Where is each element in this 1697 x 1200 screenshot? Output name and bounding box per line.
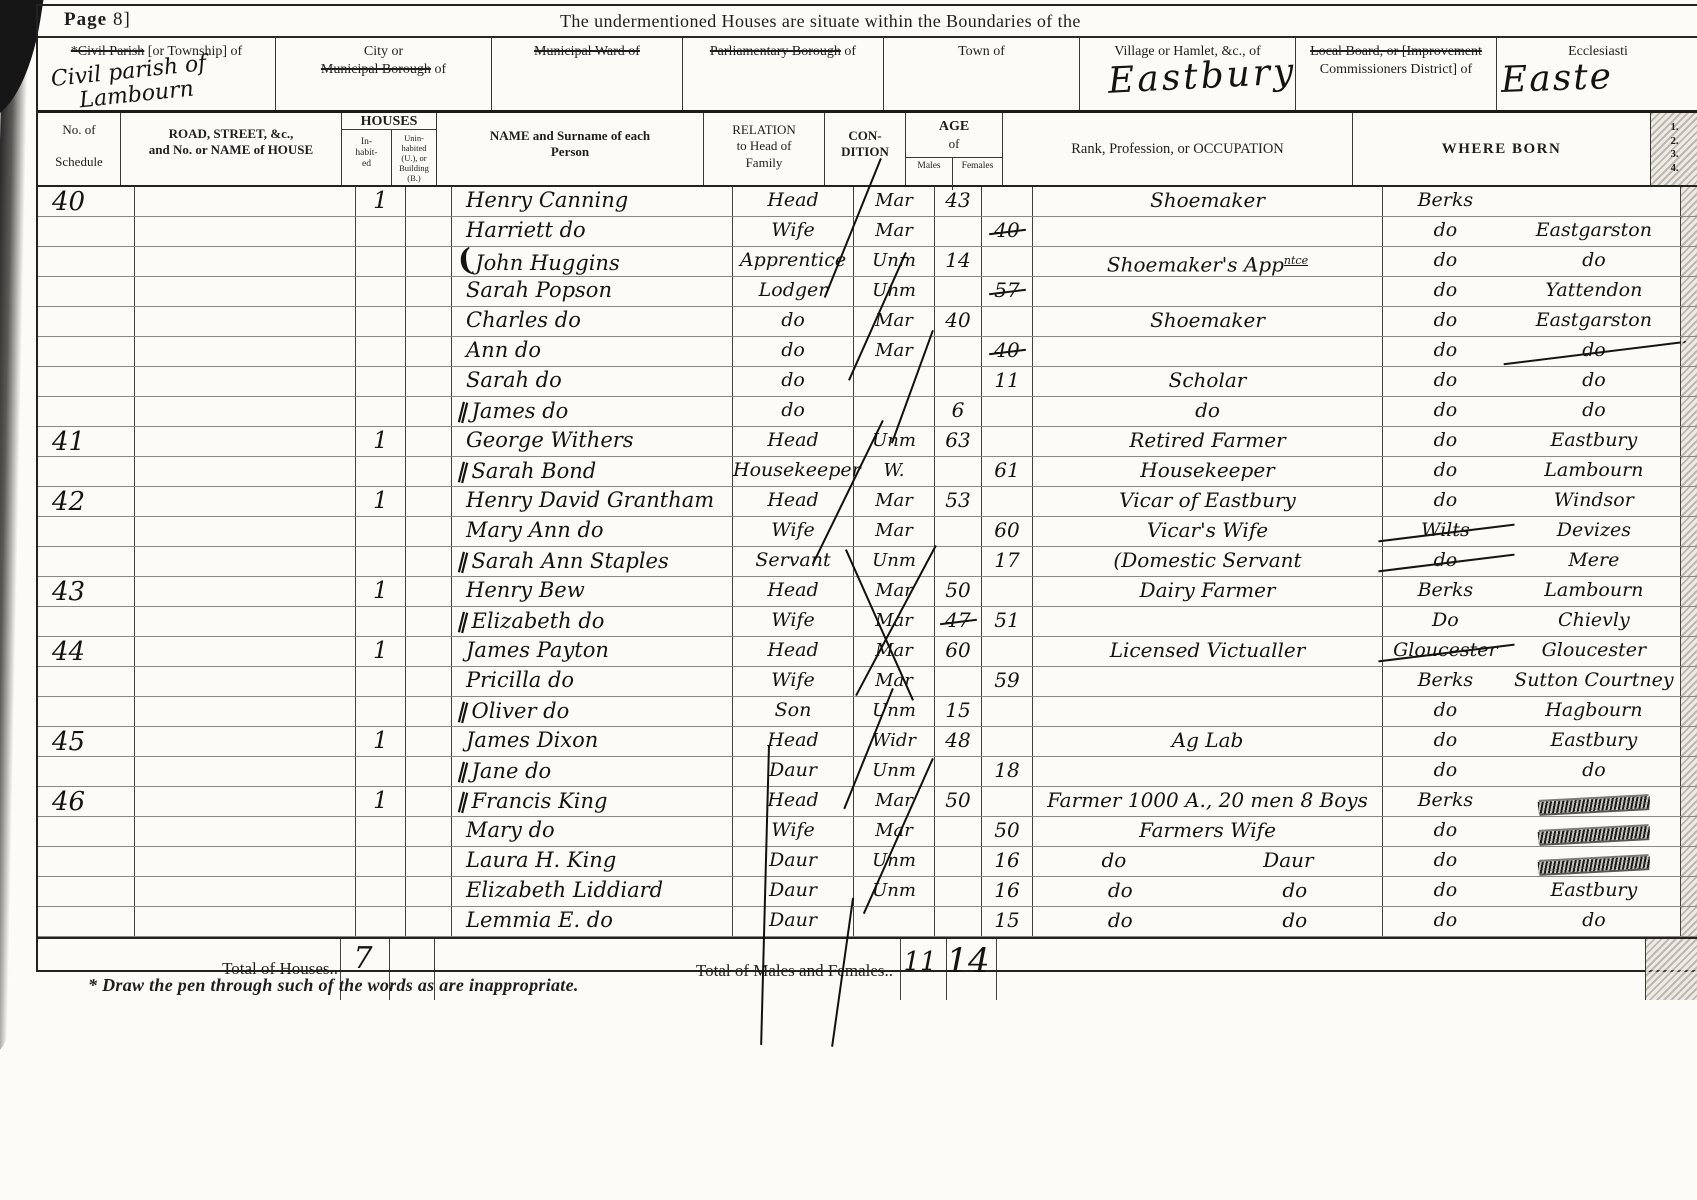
houses-uninhabited (406, 877, 452, 906)
relation: Head (733, 727, 854, 756)
schedule-number: 40 (38, 187, 135, 216)
occupation (1033, 217, 1383, 246)
age-male: 43 (935, 187, 982, 216)
edge-column (1681, 487, 1697, 516)
where-born: Berks (1383, 187, 1681, 216)
person-name: ‖Sarah Ann Staples (452, 547, 733, 576)
census-row: Mary Ann doWifeMar60Vicar's WifeWiltsDev… (38, 517, 1697, 547)
edge-column (1681, 427, 1697, 456)
houses-inhabited (356, 847, 406, 876)
census-row: ‖Oliver doSonUnm15doHagbourn (38, 697, 1697, 727)
schedule-number (38, 367, 135, 396)
geo-col-ecclesiastical: EcclesiastiEaste (1497, 38, 1697, 110)
person-name: George Withers (452, 427, 733, 456)
houses-inhabited (356, 457, 406, 486)
book-spine-shadow (0, 0, 29, 1058)
schedule-number (38, 877, 135, 906)
relation: Daur (733, 907, 854, 936)
schedule-number: 46 (38, 787, 135, 816)
form-banner: The undermentioned Houses are situate wi… (560, 11, 1081, 32)
age-male: 50 (935, 787, 982, 816)
census-row: Charles dodoMar40ShoemakerdoEastgarston (38, 307, 1697, 337)
top-bar: Page8] The undermentioned Houses are sit… (38, 6, 1697, 38)
road-street (135, 457, 356, 486)
person-name: Laura H. King (452, 847, 733, 876)
schedule-number (38, 277, 135, 306)
road-street (135, 277, 356, 306)
condition (854, 397, 935, 426)
relation: Housekeeper (733, 457, 854, 486)
road-street (135, 397, 356, 426)
age-female: 51 (982, 607, 1033, 636)
road-street (135, 337, 356, 366)
age-male (935, 517, 982, 546)
person-name: ‖James do (452, 397, 733, 426)
age-male (935, 877, 982, 906)
where-born: Berks (1383, 787, 1681, 816)
houses-inhabited: 1 (356, 187, 406, 216)
schedule-number: 45 (38, 727, 135, 756)
houses-uninhabited (406, 397, 452, 426)
header-occupation: Rank, Profession, or OCCUPATION (1003, 113, 1353, 185)
edge-column (1681, 727, 1697, 756)
houses-inhabited: 1 (356, 727, 406, 756)
geography-header-row: *Civil Parish [or Township] ofCivil pari… (38, 38, 1697, 113)
occupation: Vicar's Wife (1033, 517, 1383, 546)
where-born: BerksLambourn (1383, 577, 1681, 606)
road-street (135, 817, 356, 846)
age-male (935, 547, 982, 576)
houses-uninhabited (406, 757, 452, 786)
geo-handwritten-value: Civil parish ofLambourn (50, 52, 210, 116)
age-male: 48 (935, 727, 982, 756)
occupation (1033, 697, 1383, 726)
houses-uninhabited (406, 847, 452, 876)
road-street (135, 607, 356, 636)
header-inhabited: In-habit-ed (342, 130, 392, 185)
age-male: 50 (935, 577, 982, 606)
geo-handwritten-value: Easte (1500, 54, 1614, 105)
condition: Unm (854, 877, 935, 906)
edge-column (1681, 907, 1697, 936)
relation: Head (733, 427, 854, 456)
where-born: dodo (1383, 337, 1681, 366)
total-females-value: 14 (944, 941, 992, 981)
footnote: * Draw the pen through such of the words… (88, 975, 579, 996)
person-name: Mary Ann do (452, 517, 733, 546)
age-male: 47 (935, 607, 982, 636)
occupation: Ag Lab (1033, 727, 1383, 756)
road-street (135, 487, 356, 516)
age-male: 6 (935, 397, 982, 426)
person-name: (John Huggins (452, 247, 733, 276)
road-street (135, 247, 356, 276)
houses-inhabited (356, 697, 406, 726)
relation: Servant (733, 547, 854, 576)
houses-inhabited (356, 337, 406, 366)
census-row: ‖Elizabeth doWifeMar4751DoChievly (38, 607, 1697, 637)
condition: Mar (854, 217, 935, 246)
where-born: dodo (1383, 907, 1681, 936)
houses-uninhabited (406, 367, 452, 396)
condition: Mar (854, 667, 935, 696)
geo-col-municipal-ward: Municipal Ward of (492, 38, 683, 110)
header-schedule: No. of Schedule (38, 113, 121, 185)
houses-uninhabited (406, 607, 452, 636)
relation: Lodger (733, 277, 854, 306)
schedule-number: 43 (38, 577, 135, 606)
houses-uninhabited (406, 187, 452, 216)
page-number-value: 8] (113, 9, 131, 30)
relation: do (733, 337, 854, 366)
person-name: Harriett do (452, 217, 733, 246)
schedule-number (38, 757, 135, 786)
edge-column (1681, 517, 1697, 546)
schedule-number (38, 847, 135, 876)
geo-col-town: Town of (884, 38, 1080, 110)
occupation: Shoemaker's Appntce (1033, 247, 1383, 276)
edge-column (1681, 577, 1697, 606)
where-born: doYattendon (1383, 277, 1681, 306)
relation: Son (733, 697, 854, 726)
houses-uninhabited (406, 787, 452, 816)
header-uninhabited: Unin-habited(U.), orBuilding(B.) (392, 130, 436, 185)
header-age-group: AGE of Males Females (906, 113, 1003, 185)
houses-inhabited (356, 517, 406, 546)
census-row: ‖Jane doDaurUnm18dodo (38, 757, 1697, 787)
houses-uninhabited (406, 427, 452, 456)
age-male (935, 817, 982, 846)
edge-column (1681, 367, 1697, 396)
geo-handwritten-value: Eastbury (1107, 49, 1298, 106)
person-name: ‖Oliver do (452, 697, 733, 726)
form-frame: Page8] The undermentioned Houses are sit… (36, 4, 1697, 972)
road-street (135, 367, 356, 396)
schedule-number (38, 457, 135, 486)
census-row: 441James PaytonHeadMar60Licensed Victual… (38, 637, 1697, 667)
edge-column (1681, 187, 1697, 216)
road-street (135, 217, 356, 246)
geo-label: Parliamentary Borough of (683, 43, 883, 61)
age-male (935, 217, 982, 246)
census-row: Sarah dodo11Scholardodo (38, 367, 1697, 397)
where-born: do (1383, 817, 1681, 846)
houses-inhabited (356, 307, 406, 336)
census-row: (John HugginsApprenticeUnm14Shoemaker's … (38, 247, 1697, 277)
person-name: ‖Sarah Bond (452, 457, 733, 486)
household-mark: ‖ (455, 546, 472, 575)
where-born: doWindsor (1383, 487, 1681, 516)
road-street (135, 427, 356, 456)
header-relation: RELATIONto Head ofFamily (704, 113, 825, 185)
age-female: 11 (982, 367, 1033, 396)
edge-column (1681, 877, 1697, 906)
person-name: ‖Francis King (452, 787, 733, 816)
household-mark: ‖ (455, 456, 472, 485)
census-row: ‖Sarah BondHousekeeperW.61HousekeeperdoL… (38, 457, 1697, 487)
road-street (135, 847, 356, 876)
where-born: dodo (1383, 367, 1681, 396)
where-born: dodo (1383, 757, 1681, 786)
total-houses-value: 7 (338, 941, 388, 976)
age-male (935, 337, 982, 366)
household-mark: ‖ (455, 786, 472, 815)
edge-column (1681, 547, 1697, 576)
schedule-number (38, 517, 135, 546)
age-female (982, 577, 1033, 606)
age-male (935, 457, 982, 486)
household-mark: ( (457, 246, 474, 274)
age-female: 40 (982, 217, 1033, 246)
age-female: 17 (982, 547, 1033, 576)
occupation: Shoemaker (1033, 307, 1383, 336)
ink-scribble (1538, 796, 1650, 814)
age-female: 16 (982, 877, 1033, 906)
header-road-street: ROAD, STREET, &c., and No. or NAME of HO… (121, 113, 342, 185)
occupation: Vicar of Eastbury (1033, 487, 1383, 516)
age-male: 60 (935, 637, 982, 666)
houses-uninhabited (406, 907, 452, 936)
occupation: (Domestic Servant (1033, 547, 1383, 576)
totals-edge-column (1645, 939, 1697, 1000)
census-row: ‖James dodo6dododo (38, 397, 1697, 427)
edge-column (1681, 217, 1697, 246)
edge-column (1681, 787, 1697, 816)
houses-uninhabited (406, 457, 452, 486)
road-street (135, 757, 356, 786)
age-female: 16 (982, 847, 1033, 876)
edge-column (1681, 667, 1697, 696)
road-street (135, 547, 356, 576)
relation: do (733, 397, 854, 426)
age-female: 57 (982, 277, 1033, 306)
houses-uninhabited (406, 247, 452, 276)
where-born: do (1383, 847, 1681, 876)
geo-label: Municipal Ward of (492, 43, 682, 61)
schedule-number (38, 817, 135, 846)
census-row: Sarah PopsonLodgerUnm57doYattendon (38, 277, 1697, 307)
edge-column (1681, 307, 1697, 336)
schedule-number (38, 397, 135, 426)
condition: Unm (854, 697, 935, 726)
road-street (135, 577, 356, 606)
road-street (135, 727, 356, 756)
person-name: Mary do (452, 817, 733, 846)
houses-inhabited (356, 907, 406, 936)
houses-uninhabited (406, 547, 452, 576)
age-female (982, 397, 1033, 426)
census-row: Laura H. KingDaurUnm16doDaurdo (38, 847, 1697, 877)
person-name: Henry Bew (452, 577, 733, 606)
person-name: Henry Canning (452, 187, 733, 216)
census-row: 461‖Francis KingHeadMar50Farmer 1000 A.,… (38, 787, 1697, 817)
occupation: Farmers Wife (1033, 817, 1383, 846)
header-name: NAME and Surname of eachPerson (437, 113, 704, 185)
age-male (935, 367, 982, 396)
houses-inhabited (356, 367, 406, 396)
age-female (982, 247, 1033, 276)
geo-col-parliamentary-borough: Parliamentary Borough of (683, 38, 884, 110)
houses-inhabited: 1 (356, 787, 406, 816)
houses-uninhabited (406, 517, 452, 546)
relation: Daur (733, 877, 854, 906)
schedule-number (38, 907, 135, 936)
person-name: Elizabeth Liddiard (452, 877, 733, 906)
age-male (935, 847, 982, 876)
column-rule (996, 939, 997, 1000)
relation: Wife (733, 667, 854, 696)
edge-column (1681, 247, 1697, 276)
occupation: dodo (1033, 907, 1383, 936)
occupation: Dairy Farmer (1033, 577, 1383, 606)
age-female: 59 (982, 667, 1033, 696)
edge-column (1681, 817, 1697, 846)
geo-col-civil-parish: *Civil Parish [or Township] ofCivil pari… (38, 38, 276, 110)
census-row: Harriett doWifeMar40doEastgarston (38, 217, 1697, 247)
road-street (135, 787, 356, 816)
where-born: dodo (1383, 247, 1681, 276)
age-female: 50 (982, 817, 1033, 846)
census-row: ‖Sarah Ann StaplesServantUnm17(Domestic … (38, 547, 1697, 577)
age-female (982, 697, 1033, 726)
edge-column (1681, 637, 1697, 666)
where-born: doEastgarston (1383, 217, 1681, 246)
census-rows: 401Henry CanningHeadMar43ShoemakerBerksH… (38, 187, 1697, 937)
occupation: do (1033, 397, 1383, 426)
total-males-value: 11 (898, 947, 942, 977)
age-female (982, 787, 1033, 816)
total-males-females-label: Total of Males and Females.. (593, 961, 893, 981)
schedule-number (38, 667, 135, 696)
person-name: Ann do (452, 337, 733, 366)
age-male (935, 277, 982, 306)
census-page: Page8] The undermentioned Houses are sit… (0, 0, 1697, 1200)
relation: do (733, 367, 854, 396)
page-number: Page8] (64, 9, 131, 31)
age-female: 15 (982, 907, 1033, 936)
age-female: 61 (982, 457, 1033, 486)
houses-uninhabited (406, 697, 452, 726)
schedule-number (38, 307, 135, 336)
occupation (1033, 277, 1383, 306)
table-header-row: No. of Schedule ROAD, STREET, &c., and N… (38, 113, 1697, 187)
census-row: Lemmia E. doDaur15dodododo (38, 907, 1697, 937)
condition: Mar (854, 577, 935, 606)
houses-inhabited (356, 247, 406, 276)
schedule-number: 42 (38, 487, 135, 516)
age-male: 63 (935, 427, 982, 456)
age-female: 40 (982, 337, 1033, 366)
houses-uninhabited (406, 487, 452, 516)
age-female (982, 427, 1033, 456)
where-born: doHagbourn (1383, 697, 1681, 726)
schedule-number: 41 (38, 427, 135, 456)
household-mark: ‖ (455, 606, 472, 635)
ink-scribble (1538, 856, 1650, 874)
edge-column (1681, 607, 1697, 636)
household-mark: ‖ (455, 696, 472, 725)
condition (854, 367, 935, 396)
header-age-females: Females (953, 158, 1002, 190)
where-born: doEastbury (1383, 427, 1681, 456)
page-label: Page (64, 9, 107, 30)
where-born: DoChievly (1383, 607, 1681, 636)
relation: Daur (733, 847, 854, 876)
age-male (935, 667, 982, 696)
person-name: Charles do (452, 307, 733, 336)
person-name: Sarah Popson (452, 277, 733, 306)
schedule-number (38, 547, 135, 576)
road-street (135, 307, 356, 336)
person-name: Lemmia E. do (452, 907, 733, 936)
edge-column (1681, 457, 1697, 486)
relation: Wife (733, 517, 854, 546)
houses-inhabited (356, 217, 406, 246)
condition: Unm (854, 247, 935, 276)
header-age-males: Males (906, 158, 953, 190)
houses-uninhabited (406, 217, 452, 246)
header-houses-group: HOUSES In-habit-ed Unin-habited(U.), orB… (342, 113, 437, 185)
condition: Mar (854, 517, 935, 546)
age-female: 60 (982, 517, 1033, 546)
where-born: BerksSutton Courtney (1383, 667, 1681, 696)
where-born: doEastbury (1383, 877, 1681, 906)
houses-uninhabited (406, 727, 452, 756)
houses-inhabited: 1 (356, 427, 406, 456)
houses-inhabited (356, 607, 406, 636)
occupation: Housekeeper (1033, 457, 1383, 486)
edge-column (1681, 337, 1697, 366)
where-born: doLambourn (1383, 457, 1681, 486)
road-street (135, 877, 356, 906)
age-female (982, 187, 1033, 216)
road-street (135, 907, 356, 936)
condition: Unm (854, 277, 935, 306)
houses-inhabited (356, 877, 406, 906)
houses-inhabited: 1 (356, 577, 406, 606)
relation: Wife (733, 607, 854, 636)
houses-uninhabited (406, 817, 452, 846)
edge-column (1681, 397, 1697, 426)
person-name: Henry David Grantham (452, 487, 733, 516)
road-street (135, 667, 356, 696)
age-female (982, 487, 1033, 516)
schedule-number (38, 697, 135, 726)
relation: Head (733, 637, 854, 666)
schedule-number (38, 607, 135, 636)
occupation: Shoemaker (1033, 187, 1383, 216)
houses-uninhabited (406, 337, 452, 366)
road-street (135, 517, 356, 546)
geo-col-village-or-hamlet: Village or Hamlet, &c., ofEastbury (1080, 38, 1296, 110)
geo-col-local-board: Local Board, or [ImprovementCommissioner… (1296, 38, 1497, 110)
condition (854, 907, 935, 936)
age-female (982, 637, 1033, 666)
edge-column (1681, 847, 1697, 876)
person-name: Pricilla do (452, 667, 733, 696)
relation: Head (733, 787, 854, 816)
occupation: Farmer 1000 A., 20 men 8 Boys (1033, 787, 1383, 816)
condition: Mar (854, 787, 935, 816)
person-name: ‖Jane do (452, 757, 733, 786)
age-male: 53 (935, 487, 982, 516)
age-male (935, 757, 982, 786)
age-female (982, 727, 1033, 756)
road-street (135, 187, 356, 216)
houses-inhabited (356, 817, 406, 846)
relation: Wife (733, 817, 854, 846)
condition: W. (854, 457, 935, 486)
